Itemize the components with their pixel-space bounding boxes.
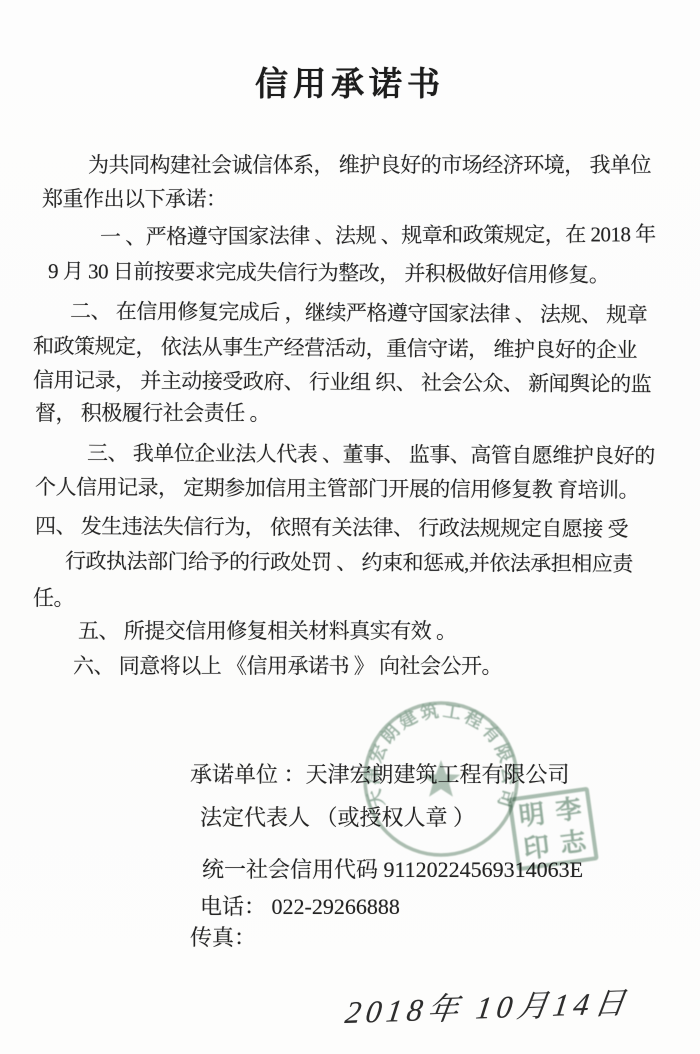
- body-line: 六、 同意将以上 《信用承诺书 》 向社会公开。: [73, 650, 502, 680]
- body-line: 五、 所提交信用修复相关材料真实有效 。: [78, 615, 457, 645]
- signature-unit-line: 承诺单位 ：天津宏朗建筑工程有限公司: [190, 758, 570, 789]
- body-line: 和政策规定， 依法从事生产经营活动，重信守诺， 维护良好的企业: [33, 330, 637, 364]
- body-line: 督， 积极履行社会责任 。: [35, 397, 270, 427]
- document-title: 信用承诺书: [0, 58, 700, 105]
- signature-phone-line: 电话： 022-29266888: [200, 890, 400, 921]
- body-line: 三、 我单位企业法人代表 、董事、 监事、高管自愿维护良好的: [87, 437, 655, 470]
- body-line: 任。: [33, 582, 74, 612]
- body-line: 信用记录， 并主动接受政府、 行业组 织、 社会公众、 新闻舆论的监: [33, 364, 651, 398]
- company-seal-ring-text: 天津宏朗建筑工程有限公司: [362, 700, 520, 811]
- body-line: 行政执法部门给予的行政处罚 、 约束和惩戒,并依法承担相应责: [65, 545, 633, 578]
- svg-text:天津宏朗建筑工程有限公司: 天津宏朗建筑工程有限公司: [362, 700, 520, 811]
- body-line: 为共同构建社会诚信体系， 维护良好的市场经济环境， 我单位: [88, 149, 651, 179]
- body-line: 二、 在信用修复完成后 ，继续严格遵守国家法律 、 法规、 规章: [70, 295, 647, 329]
- signature-fax-line: 传真：: [190, 921, 256, 952]
- body-line: 9 月 30 日前按要求完成失信行为整改， 并积极做好信用修复。: [48, 255, 610, 289]
- name-seal-char: 李: [555, 796, 584, 825]
- handwritten-date: 2018年 10月14日: [343, 977, 634, 1032]
- body-line: 一 、严格遵守国家法律 、法规 、规章和政策规定，在 2018 年: [100, 218, 656, 251]
- signature-credit-code-line: 统一社会信用代码 91120224569314063E: [202, 853, 583, 884]
- body-line: 四、 发生违法失信行为， 依照有关法律、 行政法规规定自愿接 受: [35, 510, 628, 543]
- body-line: 个人信用记录， 定期参加信用主管部门开展的信用修复教 育培训。: [35, 471, 639, 504]
- scanned-document-page: 信用承诺书 为共同构建社会诚信体系， 维护良好的市场经济环境， 我单位 郑重作出…: [0, 0, 700, 1054]
- body-line: 郑重作出以下承诺：: [42, 183, 227, 213]
- name-seal-char: 明: [518, 801, 547, 830]
- signature-legal-rep-line: 法定代表人 （或授权人章 ）: [200, 801, 475, 832]
